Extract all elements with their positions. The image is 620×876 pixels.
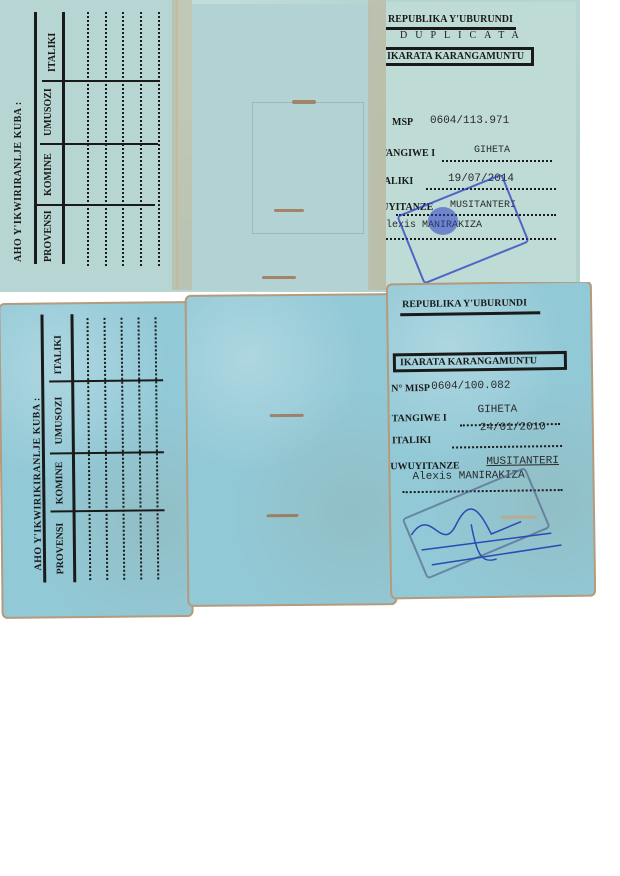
bottom-dotted-row-4 [138,318,143,580]
top-dotted-row-4 [140,12,142,266]
bottom-col-provensi: PROVENSI [55,523,67,575]
bottom-middle-panel [185,293,398,607]
stain [267,514,299,517]
top-country-title: REPUBLIKA Y'UBURUNDI [388,14,513,25]
top-card-title: IKARATA KARANGAMUNTU [386,47,534,66]
bottom-country-underline [400,311,540,316]
top-date-label: ITALIKI [386,176,413,187]
top-issued-at-value: GIHETA [474,145,510,156]
top-dotted-row-2 [105,12,107,266]
bottom-country-title: REPUBLIKA Y'UBURUNDI [402,297,527,310]
bottom-id-panel: REPUBLIKA Y'UBURUNDI IKARATA KARANGAMUNT… [386,282,596,599]
bottom-address-panel: AHO Y'IKWIRIKIRANLJE KUBA : PROVENSI KOM… [0,301,194,619]
bottom-card-title: IKARATA KARANGAMUNTU [393,351,567,372]
bottom-dotted-row-1 [87,318,92,580]
top-table-frame-left [34,12,37,264]
bottom-col-komine: KOMINE [54,462,65,505]
bottom-msp-value: 0604/100.082 [431,380,510,393]
top-col-komine: KOMINE [43,153,54,196]
top-col-umusozi: UMUSOZI [43,88,54,136]
stain [262,276,296,279]
bottom-date-label: ITALIKI [392,435,431,447]
top-issued-at-label: TANGIWE I [386,148,435,159]
bottom-issuer-title: MUSITANTERI [486,455,559,468]
top-stamp-emblem [428,207,458,235]
top-dotted-row-5 [158,12,160,266]
bottom-dotted-row-5 [155,317,160,579]
top-msp-label: MSP [392,117,413,128]
bottom-table-frame-right [70,314,76,582]
top-address-title: AHO Y'IKWIRIRANLJE KUBA : [13,101,24,262]
top-issued-at-line [442,160,552,162]
top-duplicate-label: DUPLICATA [400,30,527,41]
top-msp-value: 0604/113.971 [430,115,509,127]
bottom-signature [401,493,582,576]
top-dotted-row-1 [87,12,89,266]
bottom-date-value: 24/01/2010 [480,421,546,434]
top-middle-panel [192,4,372,290]
bottom-msp-label: N° MISP [391,383,430,395]
bottom-issued-at-value: GIHETA [477,404,517,417]
bottom-dotted-row-2 [104,318,109,580]
top-col-italiki: ITALIKI [47,33,58,72]
bottom-issued-at-label: TANGIWE I [392,413,447,425]
top-id-card: AHO Y'IKWIRIRANLJE KUBA : PROVENSI KOMIN… [0,0,580,292]
tape-spine [368,0,386,290]
bottom-dotted-row-3 [121,318,126,580]
top-id-panel: REPUBLIKA Y'UBURUNDI DUPLICATA IKARATA K… [386,2,576,290]
bottom-col-italiki: ITALIKI [53,335,64,374]
bottom-col-umusozi: UMUSOZI [53,397,64,445]
top-address-panel: AHO Y'IKWIRIRANLJE KUBA : PROVENSI KOMIN… [0,0,178,290]
top-table-divider-1 [37,204,155,206]
stain [270,414,304,417]
top-table-frame-right [62,12,65,264]
top-official-stamp [396,173,529,284]
top-table-divider-3 [42,80,160,82]
bottom-id-card: AHO Y'IKWIRIKIRANLJE KUBA : PROVENSI KOM… [0,282,596,622]
photo-outline [252,102,364,234]
top-dotted-row-3 [122,12,124,266]
bottom-date-line [452,445,562,449]
tape-strip [172,0,192,290]
top-col-provensi: PROVENSI [43,210,54,262]
stain [501,515,537,519]
